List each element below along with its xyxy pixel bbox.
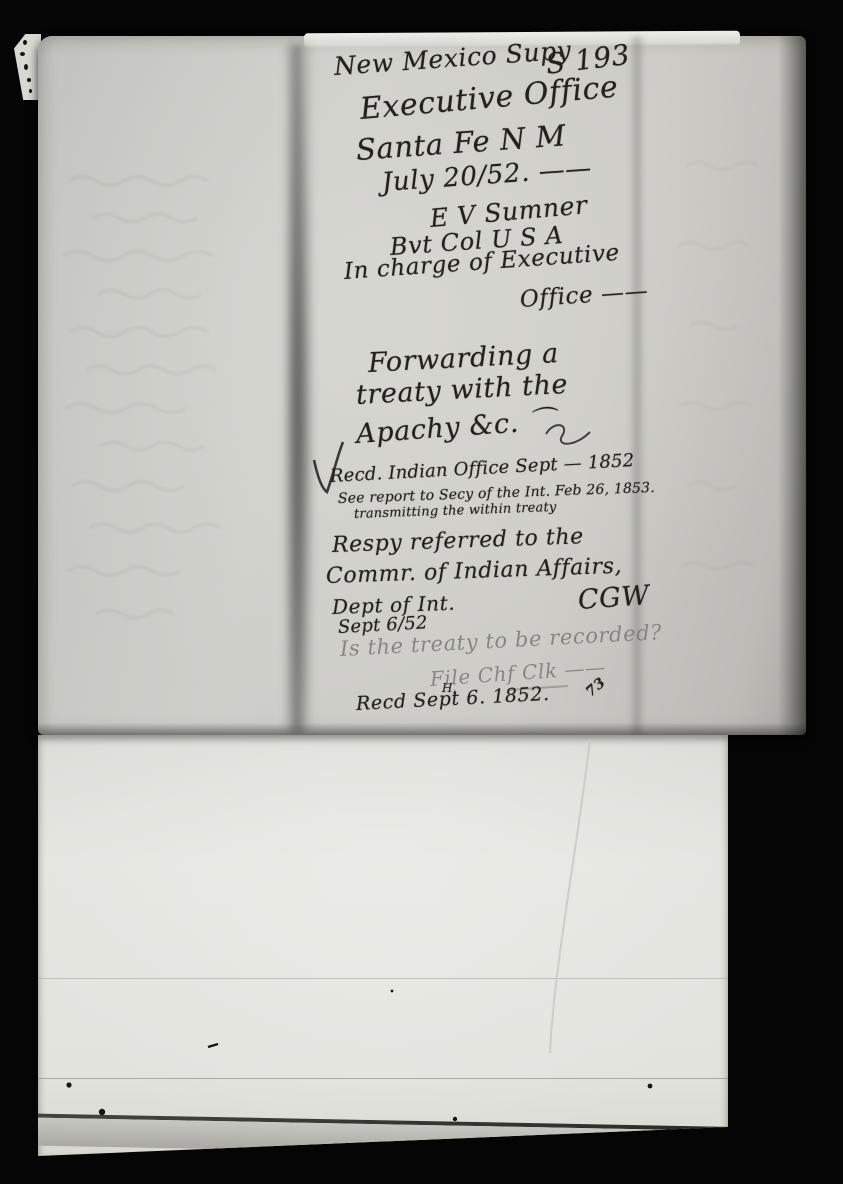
document-page: New Mexico Supy S 193 Executive Office S…: [38, 36, 806, 735]
speck: [99, 1109, 105, 1115]
speck: [648, 1084, 653, 1089]
blank-page: [38, 735, 728, 1156]
speck: [391, 990, 394, 993]
fragment-mark: [29, 89, 32, 93]
microfilm-frame: New Mexico Supy S 193 Executive Office S…: [0, 0, 843, 1184]
speck-dash: [208, 1044, 218, 1047]
fragment-mark: [23, 40, 27, 45]
fragment-mark: [27, 78, 31, 82]
speck: [66, 1082, 71, 1087]
crease-curve: [550, 739, 590, 1053]
fragment-mark: [20, 52, 25, 56]
blank-page-marks: [38, 735, 728, 1156]
endorsement-initials: CGW: [577, 580, 651, 616]
adjacent-page-fragment: [14, 34, 41, 100]
fragment-mark: [24, 64, 28, 70]
speck: [453, 1117, 457, 1121]
